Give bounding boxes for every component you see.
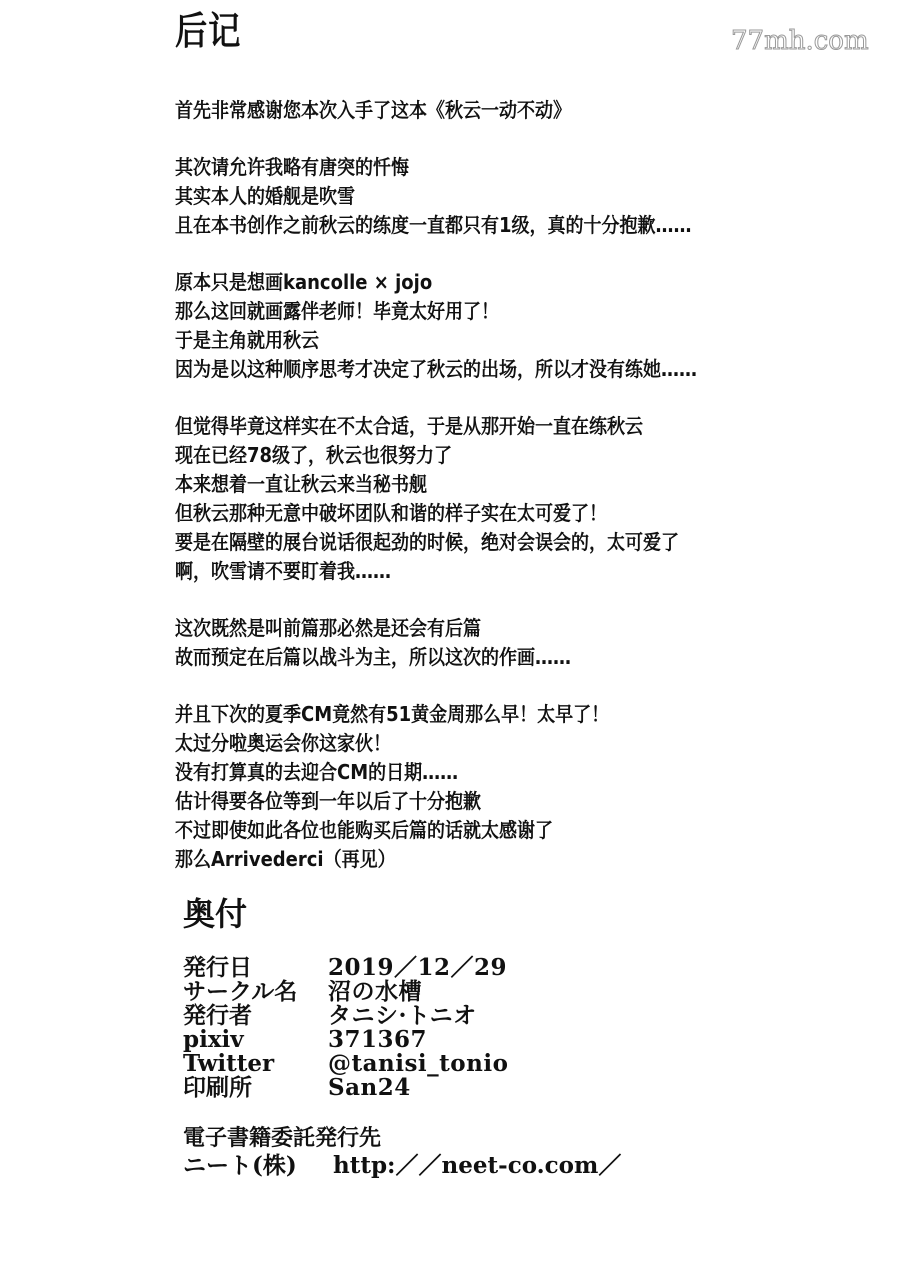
text-line: 本来想着一直让秋云来当秘书舰 xyxy=(175,470,805,499)
colophon-value: タニシ·トニオ xyxy=(328,1004,477,1028)
text-line: 太过分啦奥运会你这家伙！ xyxy=(175,729,805,758)
text-line: 那么Arrivederci（再见） xyxy=(175,845,805,874)
colophon-table: 発行日 2019／12／29 サークル名 沼の水槽 発行者 タニシ·トニオ pi… xyxy=(183,956,508,1100)
paragraph: 其次请允许我略有唐突的忏悔 其实本人的婚舰是吹雪 且在本书创作之前秋云的练度一直… xyxy=(175,153,875,240)
colophon-value: @tanisi_tonio xyxy=(328,1052,508,1076)
colophon-title: 奥付 xyxy=(183,894,247,934)
colophon-key: Twitter xyxy=(183,1052,328,1076)
paragraph: 但觉得毕竟这样实在不太合适，于是从那开始一直在练秋云 现在已经78级了，秋云也很… xyxy=(175,412,875,586)
colophon-value: San24 xyxy=(328,1076,411,1100)
text-line: 那么这回就画露伴老师！毕竟太好用了！ xyxy=(175,297,805,326)
page-title: 后记 xyxy=(175,6,241,56)
text-line: 故而预定在后篇以战斗为主，所以这次的作画…… xyxy=(175,643,805,672)
paragraph: 首先非常感谢您本次入手了这本《秋云一动不动》 xyxy=(175,96,875,125)
text-line: 其次请允许我略有唐突的忏悔 xyxy=(175,153,805,182)
watermark: 77mh.com xyxy=(731,26,869,56)
text-line: 并且下次的夏季CM竟然有51黄金周那么早！太早了！ xyxy=(175,700,805,729)
text-line: 没有打算真的去迎合CM的日期…… xyxy=(175,758,805,787)
ebook-publisher-section: 電子書籍委託発行先 ニート(株) http:／／neet-co.com／ xyxy=(183,1124,621,1180)
text-line: 因为是以这种顺序思考才决定了秋云的出场，所以才没有练她…… xyxy=(175,355,805,384)
text-line: 且在本书创作之前秋云的练度一直都只有1级，真的十分抱歉…… xyxy=(175,211,805,240)
afterword-body: 首先非常感谢您本次入手了这本《秋云一动不动》 其次请允许我略有唐突的忏悔 其实本… xyxy=(175,96,875,902)
paragraph: 并且下次的夏季CM竟然有51黄金周那么早！太早了！ 太过分啦奥运会你这家伙！ 没… xyxy=(175,700,875,874)
ebook-heading: 電子書籍委託発行先 xyxy=(183,1124,621,1152)
text-line: 原本只是想画kancolle × jojo xyxy=(175,268,805,297)
text-line: 估计得要各位等到一年以后了十分抱歉 xyxy=(175,787,805,816)
colophon-row: サークル名 沼の水槽 xyxy=(183,980,508,1004)
colophon-row: pixiv 371367 xyxy=(183,1028,508,1052)
colophon-row: 印刷所 San24 xyxy=(183,1076,508,1100)
colophon-key: pixiv xyxy=(183,1028,328,1052)
colophon-row: 発行者 タニシ·トニオ xyxy=(183,1004,508,1028)
text-line: 啊，吹雪请不要盯着我…… xyxy=(175,557,805,586)
paragraph: 这次既然是叫前篇那必然是还会有后篇 故而预定在后篇以战斗为主，所以这次的作画…… xyxy=(175,614,875,672)
text-line: 但秋云那种无意中破坏团队和谐的样子实在太可爱了！ xyxy=(175,499,805,528)
colophon-key: サークル名 xyxy=(183,980,328,1004)
colophon-key: 印刷所 xyxy=(183,1076,328,1100)
colophon-key: 発行日 xyxy=(183,956,328,980)
text-line: 这次既然是叫前篇那必然是还会有后篇 xyxy=(175,614,805,643)
colophon-row: Twitter @tanisi_tonio xyxy=(183,1052,508,1076)
text-line: 于是主角就用秋云 xyxy=(175,326,805,355)
text-line: 现在已经78级了，秋云也很努力了 xyxy=(175,441,805,470)
ebook-url: http:／／neet-co.com／ xyxy=(333,1152,621,1180)
text-line: 但觉得毕竟这样实在不太合适，于是从那开始一直在练秋云 xyxy=(175,412,805,441)
colophon-row: 発行日 2019／12／29 xyxy=(183,956,508,980)
colophon-value: 沼の水槽 xyxy=(328,980,422,1004)
colophon-value: 2019／12／29 xyxy=(328,956,507,980)
text-line: 首先非常感谢您本次入手了这本《秋云一动不动》 xyxy=(175,96,805,125)
text-line: 不过即使如此各位也能购买后篇的话就太感谢了 xyxy=(175,816,805,845)
ebook-row: ニート(株) http:／／neet-co.com／ xyxy=(183,1152,621,1180)
colophon-key: 発行者 xyxy=(183,1004,328,1028)
text-line: 其实本人的婚舰是吹雪 xyxy=(175,182,805,211)
colophon-value: 371367 xyxy=(328,1028,427,1052)
text-line: 要是在隔壁的展台说话很起劲的时候，绝对会误会的，太可爱了 xyxy=(175,528,805,557)
ebook-publisher: ニート(株) xyxy=(183,1152,333,1180)
paragraph: 原本只是想画kancolle × jojo 那么这回就画露伴老师！毕竟太好用了！… xyxy=(175,268,875,384)
